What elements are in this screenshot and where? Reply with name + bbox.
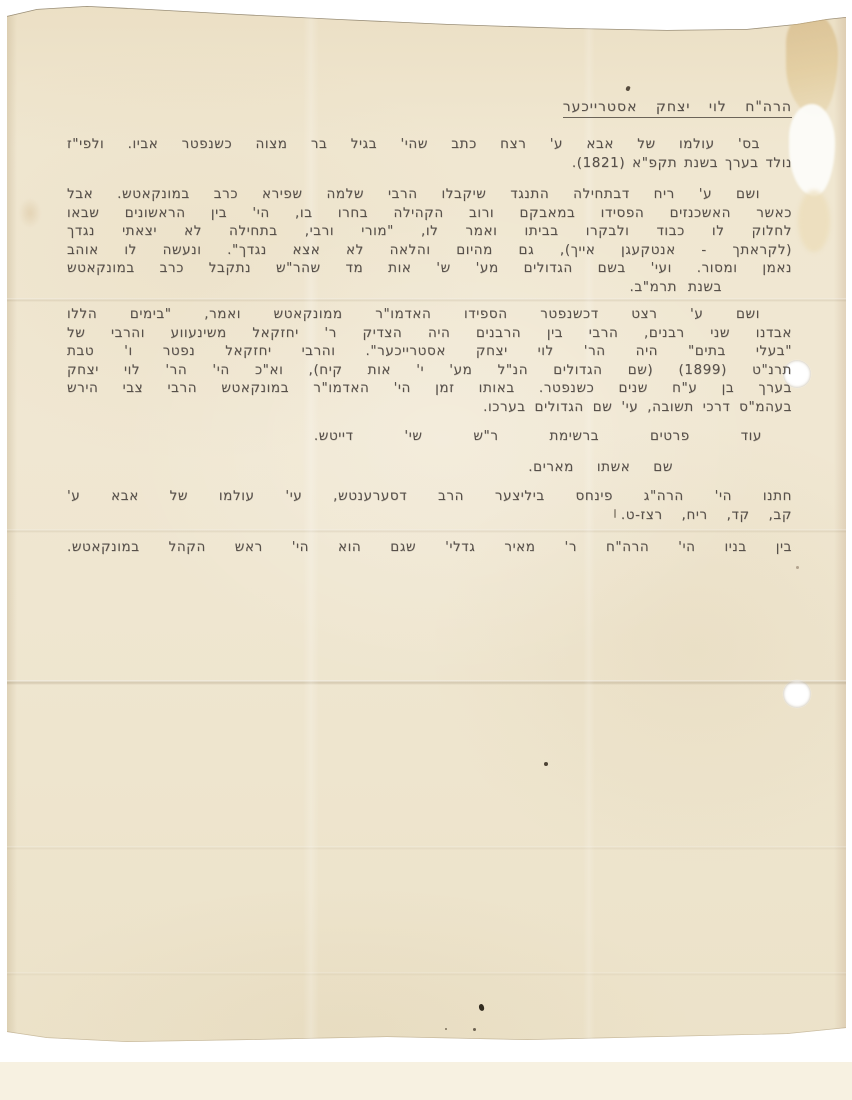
paper-right-shadow	[834, 0, 846, 1048]
ink-speck	[445, 1028, 447, 1030]
text-line: חתנו הי' הרה"ג פינחס ביליצער הרב דסערענט…	[67, 487, 792, 506]
text-line: ושם ע' רצט דכשנפטר הספידו האדמו"ר ממונקא…	[67, 305, 792, 324]
text-line: עוד פרטים ברשימת ר"ש שי' דייטש.	[67, 427, 792, 446]
document-page: הרה"ח לוי יצחק אסטרייכער בס' עולמו של אב…	[7, 0, 846, 1048]
scan-background: הרה"ח לוי יצחק אסטרייכער בס' עולמו של אב…	[0, 0, 852, 1100]
text-block: בס' עולמו של אבא ע' רצח כתב שהי' בגיל בר…	[67, 135, 792, 172]
text-block: ושם ע' רצט דכשנפטר הספידו האדמו"ר ממונקא…	[67, 305, 792, 416]
document-title: הרה"ח לוי יצחק אסטרייכער	[67, 99, 792, 115]
text-line: שם אשתו מארים.	[67, 458, 792, 477]
text-line: בס' עולמו של אבא ע' רצח כתב שהי' בגיל בר…	[67, 135, 792, 154]
text-block: ושם ע' ריח דבתחילה התנגד שיקבלו הרבי שלמ…	[67, 185, 792, 296]
edge-stain	[19, 198, 41, 228]
fold-crease	[7, 972, 846, 976]
document-body: בס' עולמו של אבא ע' רצח כתב שהי' בגיל בר…	[67, 135, 792, 557]
text-line: בעהמ"ס דרכי תשובה, עי' שם הגדולים בערכו.	[67, 398, 792, 417]
torn-patch	[789, 104, 835, 196]
text-block: עוד פרטים ברשימת ר"ש שי' דייטש.	[67, 427, 792, 446]
fold-crease	[7, 846, 846, 850]
text-line: ושם ע' ריח דבתחילה התנגד שיקבלו הרבי שלמ…	[67, 185, 792, 204]
ink-speck	[473, 1028, 476, 1031]
ink-speck	[796, 566, 799, 569]
text-line: בשנת תרמ"ב.	[67, 278, 792, 297]
fold-crease	[7, 680, 846, 685]
text-line: כאשר האשכנזים הפסידו במאבקם ורוב הקהילה …	[67, 204, 792, 223]
typewritten-text: הרה"ח לוי יצחק אסטרייכער בס' עולמו של אב…	[67, 0, 792, 557]
text-line: נאמן ומסור. ועי' בשם הגדולים מע' ש' אות …	[67, 259, 792, 278]
text-line: "בעלי בתים" היה הר' לוי יצחק אסטרייכער".…	[67, 342, 792, 361]
text-block: שם אשתו מארים.	[67, 458, 792, 477]
text-line: קב, קד, ריח, רצז-ט.	[67, 506, 792, 525]
text-line: בערך בן ע"ח שנים כשנפטר. באותו זמן הי' ה…	[67, 379, 792, 398]
text-line: אבדנו שני רבנים, הרבי בין הרבנים היה הצד…	[67, 324, 792, 343]
text-line: בין בניו הי' הרה"ח ר' מאיר גדלי' שגם הוא…	[67, 538, 792, 557]
text-line: נולד בערך בשנת תקפ"א (1821).	[67, 154, 792, 173]
text-block: בין בניו הי' הרה"ח ר' מאיר גדלי' שגם הוא…	[67, 538, 792, 557]
text-line: (לקראתך - אנטקעגן אייך), גם מהיום והלאה …	[67, 241, 792, 260]
text-block: חתנו הי' הרה"ג פינחס ביליצער הרב דסערענט…	[67, 487, 792, 524]
text-line: לחלוק לו כבוד ולבקרו בביתו ואמר לו, "מור…	[67, 222, 792, 241]
paper-left-shadow	[7, 0, 17, 1048]
ink-speck	[478, 1003, 485, 1011]
stain-tail	[798, 190, 830, 252]
tape-stain	[786, 12, 838, 116]
ink-speck	[544, 762, 548, 766]
text-line: תרנ"ט (1899) (שם הגדולים הנ"ל מע' י' אות…	[67, 361, 792, 380]
scanner-bottom-strip	[0, 1062, 852, 1100]
